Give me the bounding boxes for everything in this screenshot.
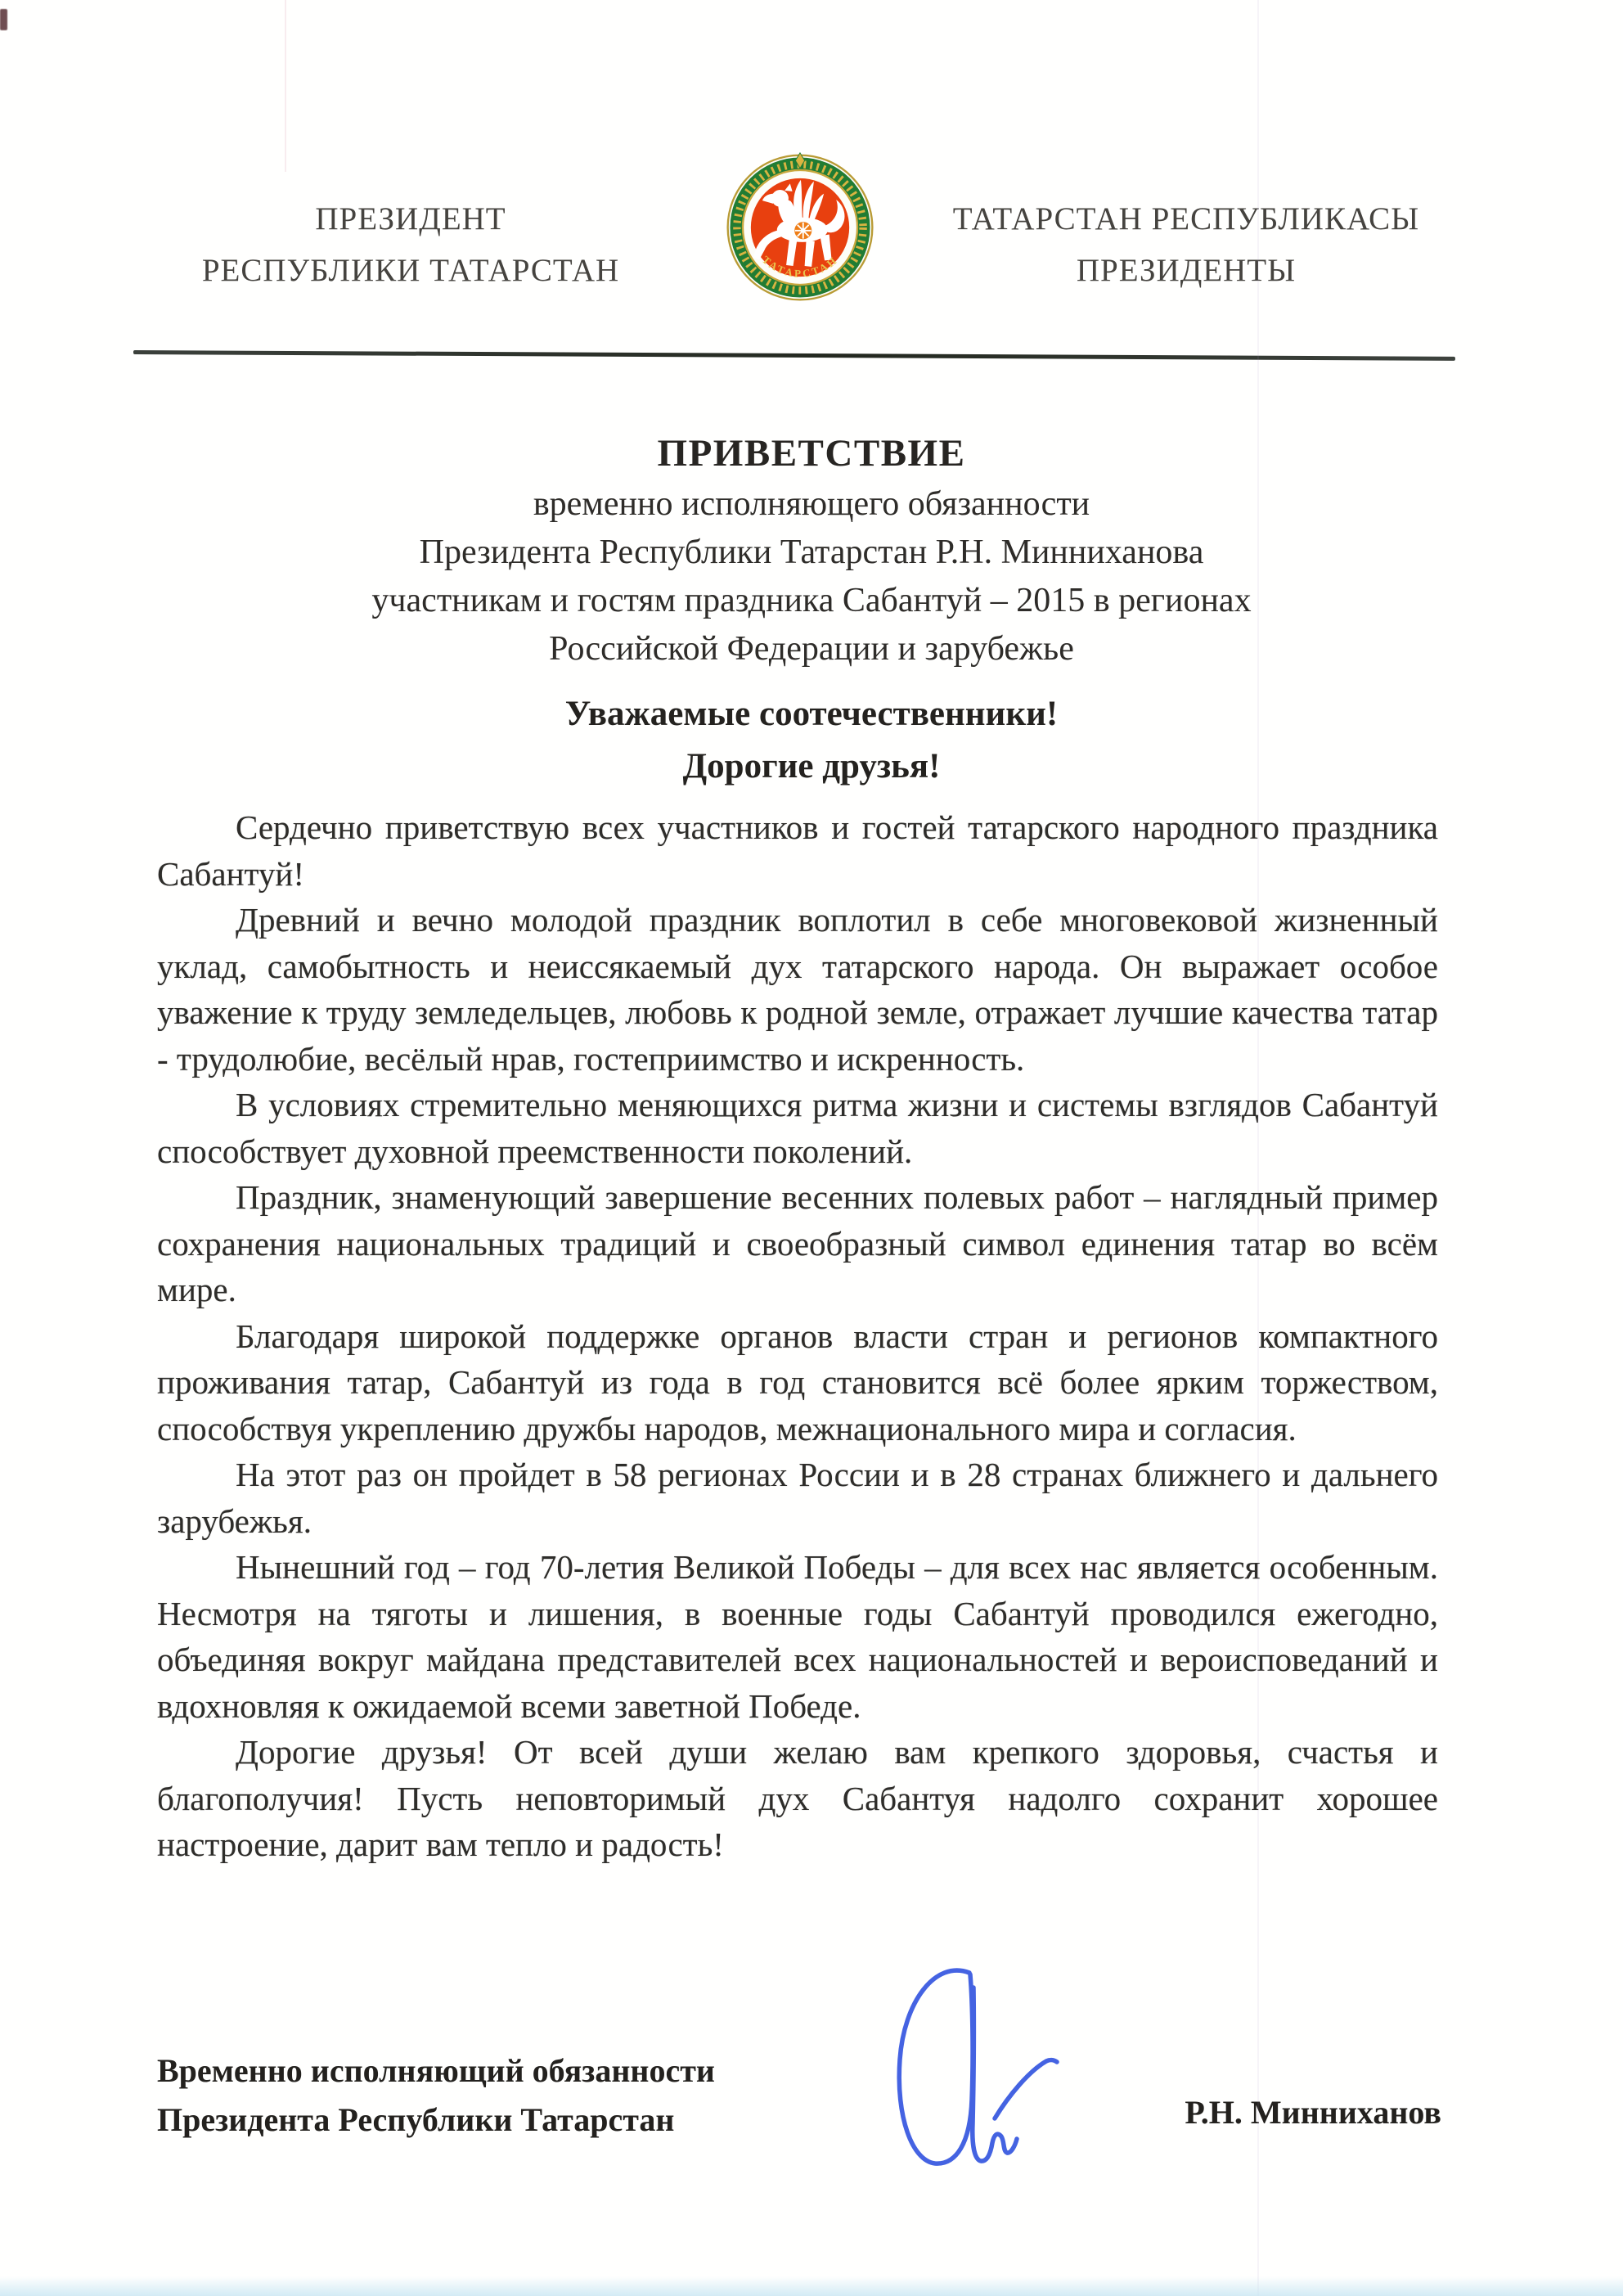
signature-ink-icon	[886, 1956, 1064, 2195]
paragraph: Праздник, знаменующий завершение весенни…	[157, 1174, 1438, 1313]
scan-edge-mark	[0, 9, 7, 30]
title-line: Президента Республики Татарстан Р.Н. Мин…	[164, 529, 1459, 577]
title-line: Российской Федерации и зарубежье	[164, 625, 1459, 673]
letterhead-left-line1: ПРЕЗИДЕНТ	[173, 193, 648, 245]
document-title-block: ПРИВЕТСТВИЕ временно исполняющего обязан…	[164, 426, 1459, 673]
signer-position-line2: Президента Республики Татарстан	[157, 2096, 715, 2145]
scan-bottom-band	[0, 2276, 1623, 2296]
paragraph: Древний и вечно молодой праздник воплоти…	[157, 897, 1438, 1082]
paragraph: Благодаря широкой поддержке органов влас…	[157, 1313, 1438, 1452]
signer-position-line1: Временно исполняющий обязанности	[157, 2046, 715, 2096]
tatarstan-emblem-icon: ТАТАРСТАН	[723, 151, 877, 304]
scanned-letter-page: ПРЕЗИДЕНТ РЕСПУБЛИКИ ТАТАРСТАН	[0, 0, 1623, 2296]
letter-body: Сердечно приветствую всех участников и г…	[157, 804, 1438, 1868]
letterhead-left-line2: РЕСПУБЛИКИ ТАТАРСТАН	[173, 245, 648, 296]
signer-name: Р.Н. Минниханов	[1088, 2093, 1441, 2132]
paragraph: Дорогие друзья! От всей души желаю вам к…	[157, 1729, 1438, 1868]
paragraph: В условиях стремительно меняющихся ритма…	[157, 1082, 1438, 1174]
scan-artifact-line	[1257, 0, 1259, 2296]
tatarstan-coat-of-arms: ТАТАРСТАН	[723, 151, 877, 304]
paragraph: На этот раз он пройдет в 58 регионах Рос…	[157, 1452, 1438, 1544]
leopard-shield-rosette	[794, 221, 813, 241]
paragraph: Сердечно приветствую всех участников и г…	[157, 804, 1438, 897]
handwritten-signature	[886, 1956, 1064, 2195]
salutation-block: Уважаемые соотечественники! Дорогие друз…	[164, 688, 1459, 793]
document-heading: ПРИВЕТСТВИЕ	[164, 426, 1459, 480]
scan-artifact-line	[285, 0, 286, 172]
letterhead-right-line1: ТАТАРСТАН РЕСПУБЛИКАСЫ	[926, 193, 1446, 245]
title-line: временно исполняющего обязанности	[164, 480, 1459, 529]
letterhead-right-line2: ПРЕЗИДЕНТЫ	[926, 245, 1446, 296]
signer-position-block: Временно исполняющий обязанности Президе…	[157, 2046, 715, 2145]
paragraph: Нынешний год – год 70-летия Великой Побе…	[157, 1544, 1438, 1729]
letterhead-tatar-title: ТАТАРСТАН РЕСПУБЛИКАСЫ ПРЕЗИДЕНТЫ	[926, 193, 1446, 296]
salutation-line1: Уважаемые соотечественники!	[164, 688, 1459, 741]
salutation-line2: Дорогие друзья!	[164, 741, 1459, 793]
letterhead-russian-title: ПРЕЗИДЕНТ РЕСПУБЛИКИ ТАТАРСТАН	[173, 193, 648, 296]
title-line: участникам и гостям праздника Сабантуй –…	[164, 577, 1459, 625]
